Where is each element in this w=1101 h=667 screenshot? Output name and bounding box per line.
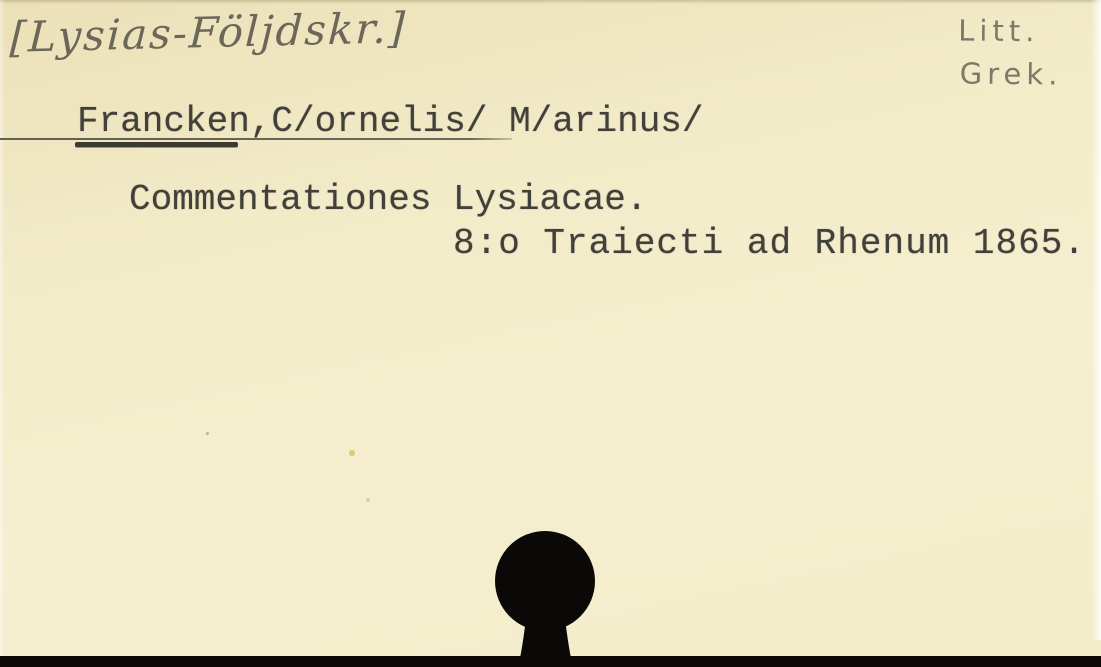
keyhole-punch-icon xyxy=(465,525,625,660)
imprint-line: 8:o Traiecti ad Rhenum 1865. xyxy=(453,226,1086,262)
author-line: Francken,C/ornelis/ M/arinus/ xyxy=(77,104,704,140)
classification-line-1: Litt. xyxy=(958,9,1063,53)
author-surname: Francken xyxy=(77,101,250,142)
paper-speck xyxy=(349,450,355,456)
scan-top-edge xyxy=(0,0,1101,4)
title-line: Commentationes Lysiacae. xyxy=(129,182,647,218)
handwritten-heading: [Lysias-Följdskr.] xyxy=(9,3,408,62)
author-forenames: ,C/ornelis/ M/arinus/ xyxy=(250,101,704,142)
ruled-line xyxy=(0,138,512,140)
classification-line-2: Grek. xyxy=(958,52,1063,96)
catalog-card-scan: [Lysias-Följdskr.] Litt. Grek. Francken,… xyxy=(0,0,1101,667)
surname-underline xyxy=(75,142,238,147)
scan-left-edge xyxy=(0,0,5,667)
scan-bottom-band xyxy=(0,656,1101,667)
paper-speck xyxy=(366,498,370,502)
classification-mark: Litt. Grek. xyxy=(958,9,1064,96)
paper-speck xyxy=(206,432,209,435)
scan-right-edge xyxy=(1091,0,1101,640)
